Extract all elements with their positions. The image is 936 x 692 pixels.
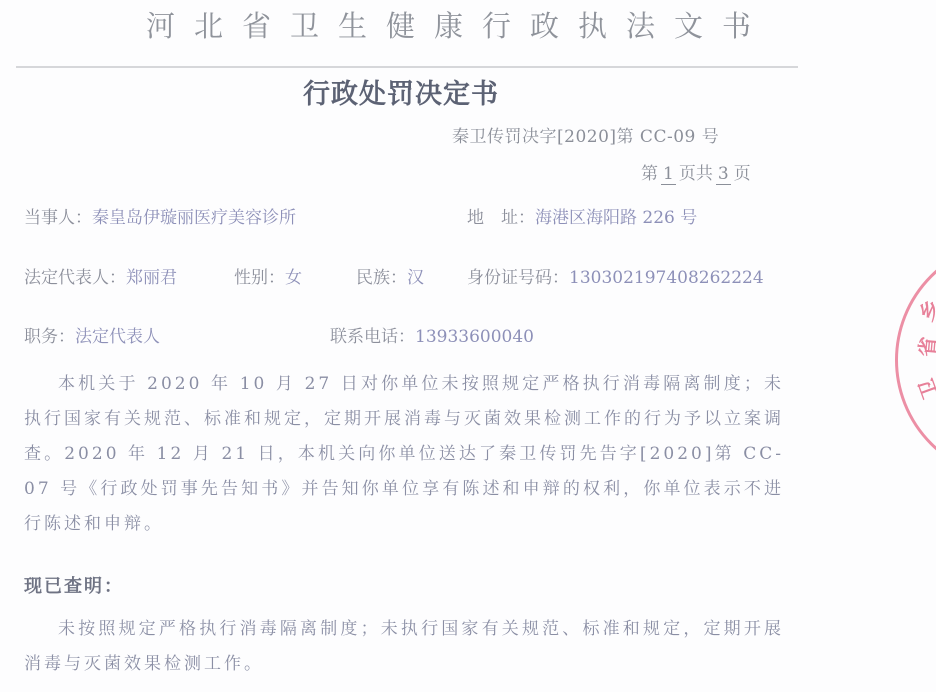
party-value: 秦皇岛伊璇丽医疗美容诊所 <box>92 208 296 228</box>
header-divider <box>16 66 798 68</box>
position-label: 职务： <box>24 327 75 347</box>
document-number: 秦卫传罚决字[2020]第 CC-09 号 <box>452 122 719 147</box>
party-field: 当事人：秦皇岛伊璇丽医疗美容诊所 <box>24 203 296 228</box>
page-current: 1 <box>661 165 676 185</box>
id-number-label: 身份证号码： <box>467 268 569 288</box>
page-total: 3 <box>716 165 731 185</box>
phone-field: 联系电话：13933600040 <box>330 322 534 347</box>
page-middle: 页共 <box>679 164 713 184</box>
id-number-field: 身份证号码：130302197408262224 <box>467 263 764 288</box>
gender-value: 女 <box>285 268 302 288</box>
gender-field: 性别：女 <box>234 263 302 288</box>
id-number-value: 130302197408262224 <box>569 268 764 288</box>
legal-rep-value: 郑丽君 <box>126 268 177 288</box>
gender-label: 性别： <box>234 268 285 288</box>
phone-label: 联系电话： <box>330 327 415 347</box>
ethnicity-field: 民族：汉 <box>356 263 424 288</box>
legal-rep-field: 法定代表人：郑丽君 <box>24 263 177 288</box>
case-paragraph: 本机关于 2020 年 10 月 27 日对你单位未按照规定严格执行消毒隔离制度… <box>24 367 784 542</box>
phone-value: 13933600040 <box>415 327 534 347</box>
legal-rep-label: 法定代表人： <box>24 268 126 288</box>
address-label: 地 址： <box>467 208 535 228</box>
document-title: 行政处罚决定书 <box>303 72 499 111</box>
issuing-authority-header: 河北省卫生健康行政执法文书 <box>146 4 770 45</box>
page-indicator: 第1页共3页 <box>641 159 751 185</box>
ethnicity-label: 民族： <box>356 268 407 288</box>
address-field: 地 址：海港区海阳路 226 号 <box>467 203 697 228</box>
address-value: 海港区海阳路 226 号 <box>535 208 697 228</box>
findings-paragraph: 未按照规定严格执行消毒隔离制度；未执行国家有关规范、标准和规定，定期开展消毒与灭… <box>24 612 784 682</box>
findings-heading: 现已查明： <box>24 572 124 598</box>
position-value: 法定代表人 <box>75 327 160 347</box>
seal-char: 省 <box>911 335 936 357</box>
page-suffix: 页 <box>734 164 751 184</box>
ethnicity-value: 汉 <box>407 268 424 288</box>
party-label: 当事人： <box>24 208 92 228</box>
official-seal-stamp <box>895 240 936 480</box>
page-prefix: 第 <box>641 164 658 184</box>
position-field: 职务：法定代表人 <box>24 322 160 347</box>
